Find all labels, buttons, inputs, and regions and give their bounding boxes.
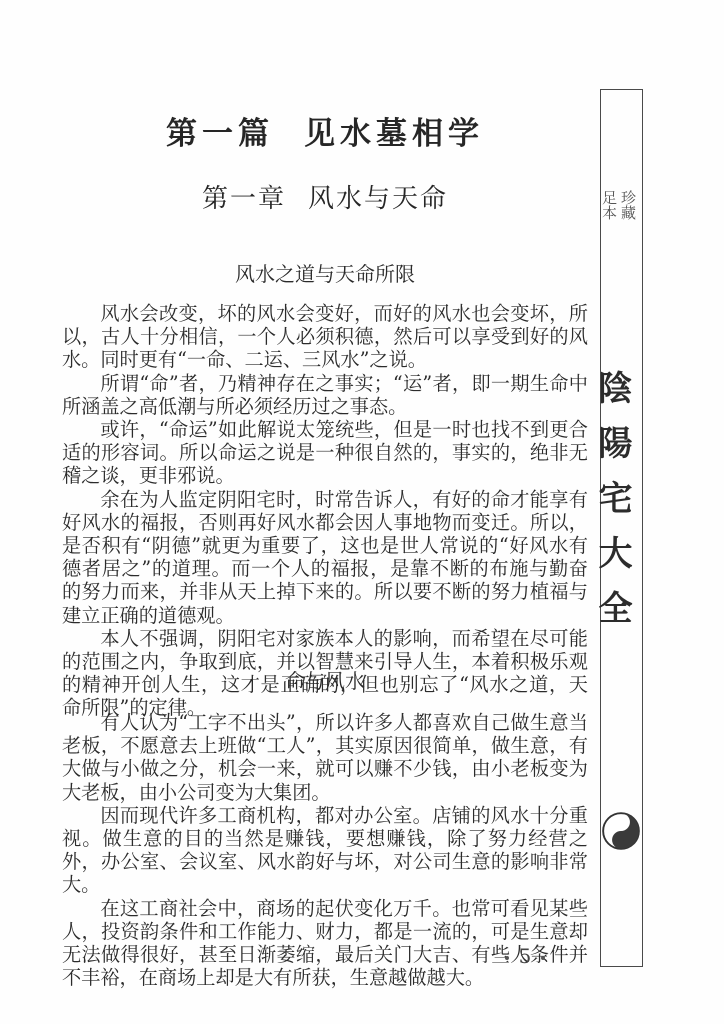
paragraph: 风水会改变，坏的风水会变好，而好的风水也会变坏，所以，古人十分相信，一个人必须积…: [62, 302, 588, 372]
paragraph: 因而现代许多工商机构，都对办公室。店铺的风水十分重视。做生意的目的当然是赚钱，要…: [62, 804, 588, 897]
paragraph: 余在为人监定阴阳宅时，时常告诉人，有好的命才能享有好风水的福报，否则再好风水都会…: [62, 488, 588, 627]
book-title: 陰陽宅大全: [603, 370, 641, 645]
dot-right: [541, 956, 545, 960]
section-heading: 命与风水: [0, 665, 650, 694]
page-number: 5: [490, 944, 560, 968]
section-body: 风水会改变，坏的风水会变好，而好的风水也会变坏，所以，古人十分相信，一个人必须积…: [62, 302, 588, 720]
yin-yang-icon: [602, 812, 640, 850]
book-page: 第一篇见水墓相学 第一章风水与天命 风水之道与天命所限 风水会改变，坏的风水会变…: [0, 0, 724, 1024]
paragraph: 或许，“命运”如此解说太笼统些，但是一时也找不到更合适的形容词。所以命运之说是一…: [62, 418, 588, 488]
seal-text-right: 珍藏: [623, 190, 639, 220]
chapter-label: 第一章: [202, 184, 286, 214]
part-name: 见水墓相学: [304, 116, 484, 152]
seal-text-left: 足本: [604, 190, 620, 220]
chapter-name: 风水与天命: [308, 184, 448, 214]
dot-left: [505, 956, 509, 960]
page-number-value: 5: [519, 944, 532, 968]
part-title: 第一篇见水墓相学: [0, 108, 650, 153]
chapter-title: 第一章风水与天命: [0, 178, 650, 215]
paragraph: 有人认为“工字不出头”，所以许多人都喜欢自己做生意当老板，不愿意去上班做“工人”…: [62, 711, 588, 804]
part-label: 第一篇: [166, 116, 274, 152]
section-heading: 风水之道与天命所限: [0, 258, 650, 287]
paragraph: 所谓“命”者，乃精神存在之事实；“运”者，即一期生命中所涵盖之高低潮与所必须经历…: [62, 372, 588, 418]
seal-text: 珍藏 足本: [601, 190, 641, 250]
book-title-strip: 珍藏 足本 陰陽宅大全: [600, 89, 643, 967]
